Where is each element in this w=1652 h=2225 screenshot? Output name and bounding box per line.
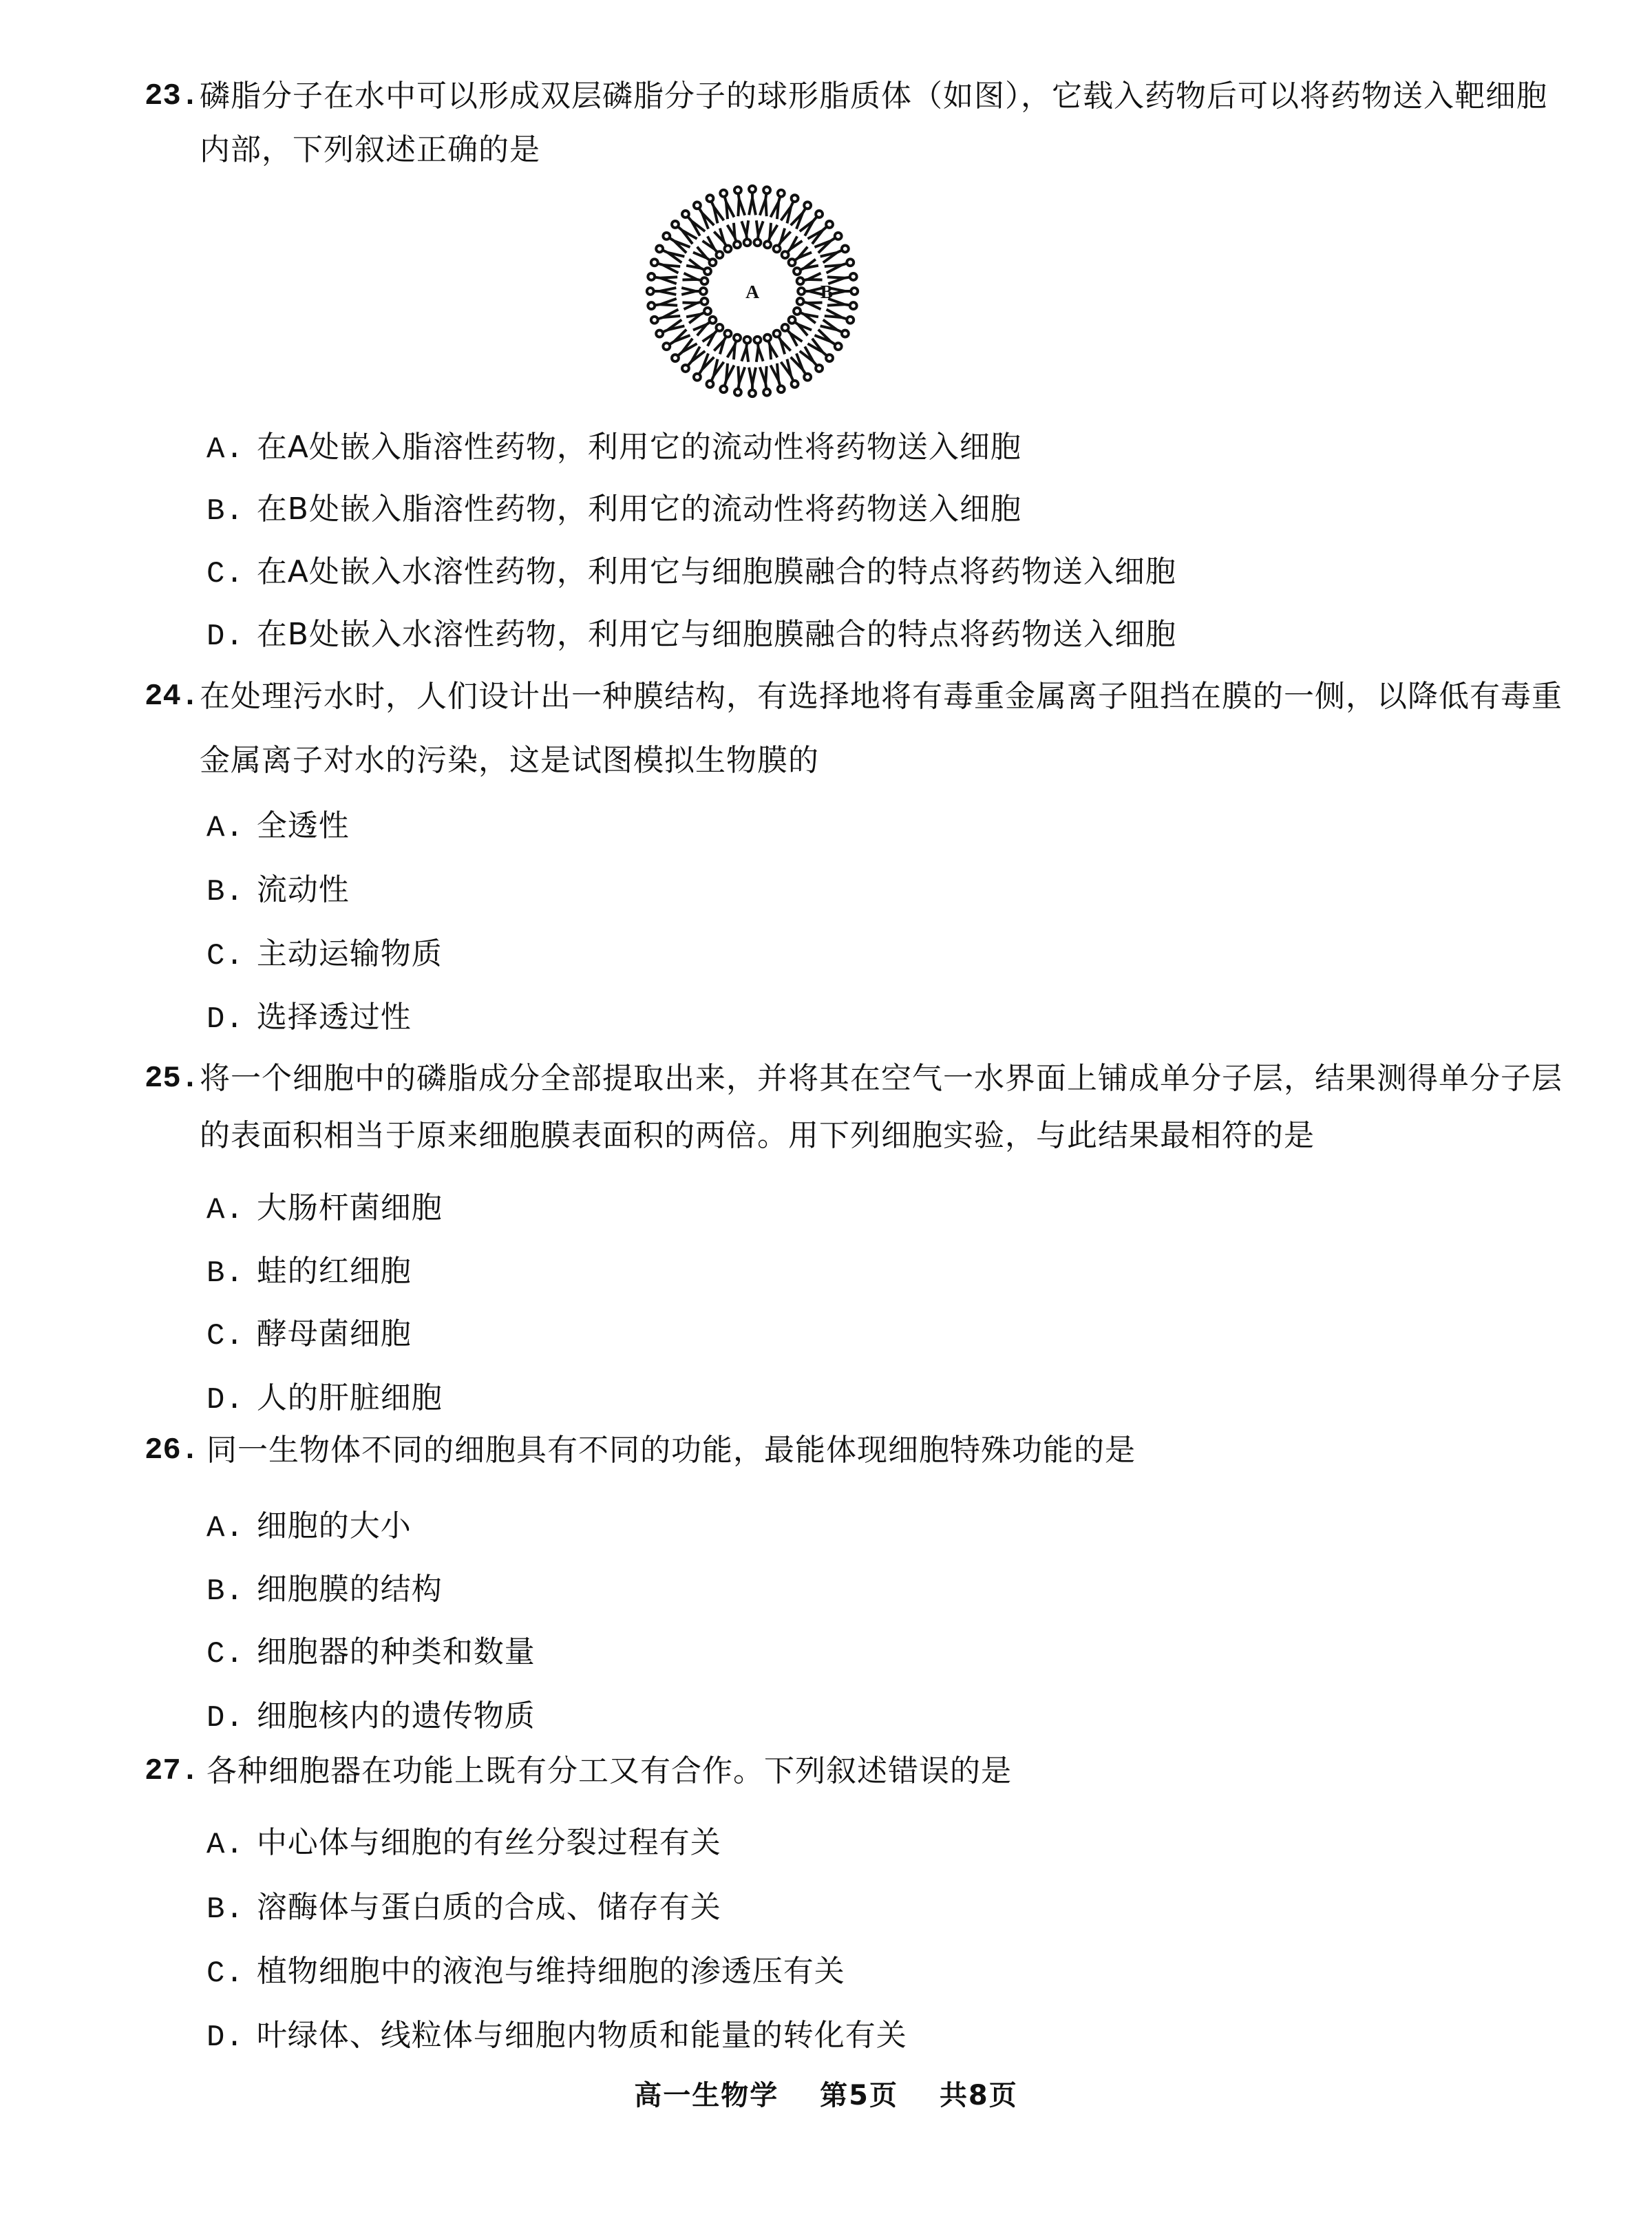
question-24-stem-line1: 在处理污水时，人们设计出一种膜结构，有选择地将有毒重金属离子阻挡在膜的一侧，以降…	[200, 677, 1563, 716]
page-footer: 高一生物学 第5页 共8页	[0, 2074, 1652, 2113]
option-letter: B.	[206, 1574, 244, 1609]
question-26-option-b[interactable]: B.细胞膜的结构	[206, 1570, 443, 1611]
label-b: B	[820, 281, 833, 302]
option-text: 植物细胞中的液泡与维持细胞的渗透压有关	[257, 1954, 845, 1989]
option-letter: D.	[206, 620, 244, 654]
option-text: 在A处嵌入水溶性药物，利用它与细胞膜融合的特点将药物送入细胞	[257, 554, 1176, 589]
option-letter: A.	[206, 1511, 244, 1546]
option-text: 细胞膜的结构	[257, 1572, 443, 1607]
option-letter: D.	[206, 1383, 244, 1417]
option-text: 细胞器的种类和数量	[257, 1634, 536, 1669]
option-letter: C.	[206, 557, 244, 591]
question-25-option-c[interactable]: C.酵母菌细胞	[206, 1315, 412, 1356]
option-text: 在B处嵌入水溶性药物，利用它与细胞膜融合的特点将药物送入细胞	[257, 617, 1176, 652]
option-letter: B.	[206, 1892, 244, 1927]
option-letter: B.	[206, 494, 244, 529]
option-letter: C.	[206, 1957, 244, 1991]
question-23-option-c[interactable]: C.在A处嵌入水溶性药物，利用它与细胞膜融合的特点将药物送入细胞	[206, 553, 1176, 593]
option-letter: A.	[206, 1193, 244, 1227]
option-text: 溶酶体与蛋白质的合成、储存有关	[257, 1890, 721, 1925]
question-26-option-a[interactable]: A.细胞的大小	[206, 1507, 412, 1548]
option-letter: A.	[206, 1828, 244, 1862]
question-26-option-d[interactable]: D.细胞核内的遗传物质	[206, 1697, 536, 1738]
question-27-stem-line1: 各种细胞器在功能上既有分工又有合作。下列叙述错误的是	[206, 1752, 1012, 1791]
option-text: 叶绿体、线粒体与细胞内物质和能量的转化有关	[257, 2018, 907, 2053]
option-letter: C.	[206, 1319, 244, 1353]
option-letter: D.	[206, 2021, 244, 2055]
question-23-number: 23.	[145, 77, 199, 116]
question-25-stem-line1: 将一个细胞中的磷脂成分全部提取出来，并将其在空气一水界面上铺成单分子层，结果测得…	[200, 1059, 1563, 1098]
option-letter: D.	[206, 1701, 244, 1736]
question-27-option-b[interactable]: B.溶酶体与蛋白质的合成、储存有关	[206, 1888, 721, 1929]
question-24-number: 24.	[145, 677, 199, 716]
question-27-option-c[interactable]: C.植物细胞中的液泡与维持细胞的渗透压有关	[206, 1952, 845, 1993]
question-24-option-b[interactable]: B.流动性	[206, 871, 350, 911]
option-text: 在B处嵌入脂溶性药物，利用它的流动性将药物送入细胞	[257, 492, 1021, 527]
option-text: 蛙的红细胞	[257, 1254, 412, 1289]
footer-page-number: 第5页	[820, 2080, 898, 2111]
option-letter: B.	[206, 875, 244, 909]
liposome-diagram: A B	[637, 176, 868, 407]
footer-page-total: 共8页	[940, 2080, 1018, 2111]
question-23-option-b[interactable]: B.在B处嵌入脂溶性药物，利用它的流动性将药物送入细胞	[206, 490, 1021, 531]
option-letter: B.	[206, 1256, 244, 1291]
question-24-option-c[interactable]: C.主动运输物质	[206, 935, 443, 976]
question-23-stem-line1: 磷脂分子在水中可以形成双层磷脂分子的球形脂质体（如图），它载入药物后可以将药物送…	[200, 77, 1547, 116]
option-letter: A.	[206, 432, 244, 467]
question-26-stem-line1: 同一生物体不同的细胞具有不同的功能，最能体现细胞特殊功能的是	[206, 1431, 1136, 1470]
question-27-option-d[interactable]: D.叶绿体、线粒体与细胞内物质和能量的转化有关	[206, 2016, 907, 2057]
question-23-option-d[interactable]: D.在B处嵌入水溶性药物，利用它与细胞膜融合的特点将药物送入细胞	[206, 615, 1176, 656]
question-24-option-a[interactable]: A.全透性	[206, 807, 350, 847]
option-text: 全透性	[257, 808, 350, 843]
option-letter: D.	[206, 1002, 244, 1037]
question-25-stem-line2: 的表面积相当于原来细胞膜表面积的两倍。用下列细胞实验，与此结果最相符的是	[200, 1117, 1315, 1155]
question-23-option-a[interactable]: A.在A处嵌入脂溶性药物，利用它的流动性将药物送入细胞	[206, 428, 1021, 469]
option-letter: A.	[206, 811, 244, 845]
question-27-number: 27.	[145, 1752, 199, 1791]
question-25-number: 25.	[145, 1059, 199, 1098]
question-26-option-c[interactable]: C.细胞器的种类和数量	[206, 1633, 536, 1674]
option-text: 在A处嵌入脂溶性药物，利用它的流动性将药物送入细胞	[257, 430, 1021, 465]
question-27-option-a[interactable]: A.中心体与细胞的有丝分裂过程有关	[206, 1824, 721, 1864]
label-a: A	[745, 281, 759, 302]
option-text: 人的肝脏细胞	[257, 1380, 443, 1415]
option-text: 细胞的大小	[257, 1508, 412, 1543]
question-24-option-d[interactable]: D.选择透过性	[206, 998, 412, 1039]
question-26-number: 26.	[145, 1431, 199, 1470]
option-letter: C.	[206, 1637, 244, 1672]
question-25-option-b[interactable]: B.蛙的红细胞	[206, 1252, 412, 1293]
option-text: 中心体与细胞的有丝分裂过程有关	[257, 1825, 721, 1860]
option-text: 细胞核内的遗传物质	[257, 1698, 536, 1733]
option-text: 大肠杆菌细胞	[257, 1190, 443, 1225]
option-text: 酵母菌细胞	[257, 1316, 412, 1351]
question-25-option-d[interactable]: D.人的肝脏细胞	[206, 1379, 443, 1420]
option-text: 选择透过性	[257, 1000, 412, 1035]
option-text: 主动运输物质	[257, 936, 443, 971]
footer-subject: 高一生物学	[634, 2080, 779, 2111]
option-text: 流动性	[257, 872, 350, 907]
question-23-stem-line2: 内部，下列叙述正确的是	[200, 131, 540, 169]
question-25-option-a[interactable]: A.大肠杆菌细胞	[206, 1189, 443, 1230]
option-letter: C.	[206, 939, 244, 973]
question-24-stem-line2: 金属离子对水的污染，这是试图模拟生物膜的	[200, 741, 819, 780]
